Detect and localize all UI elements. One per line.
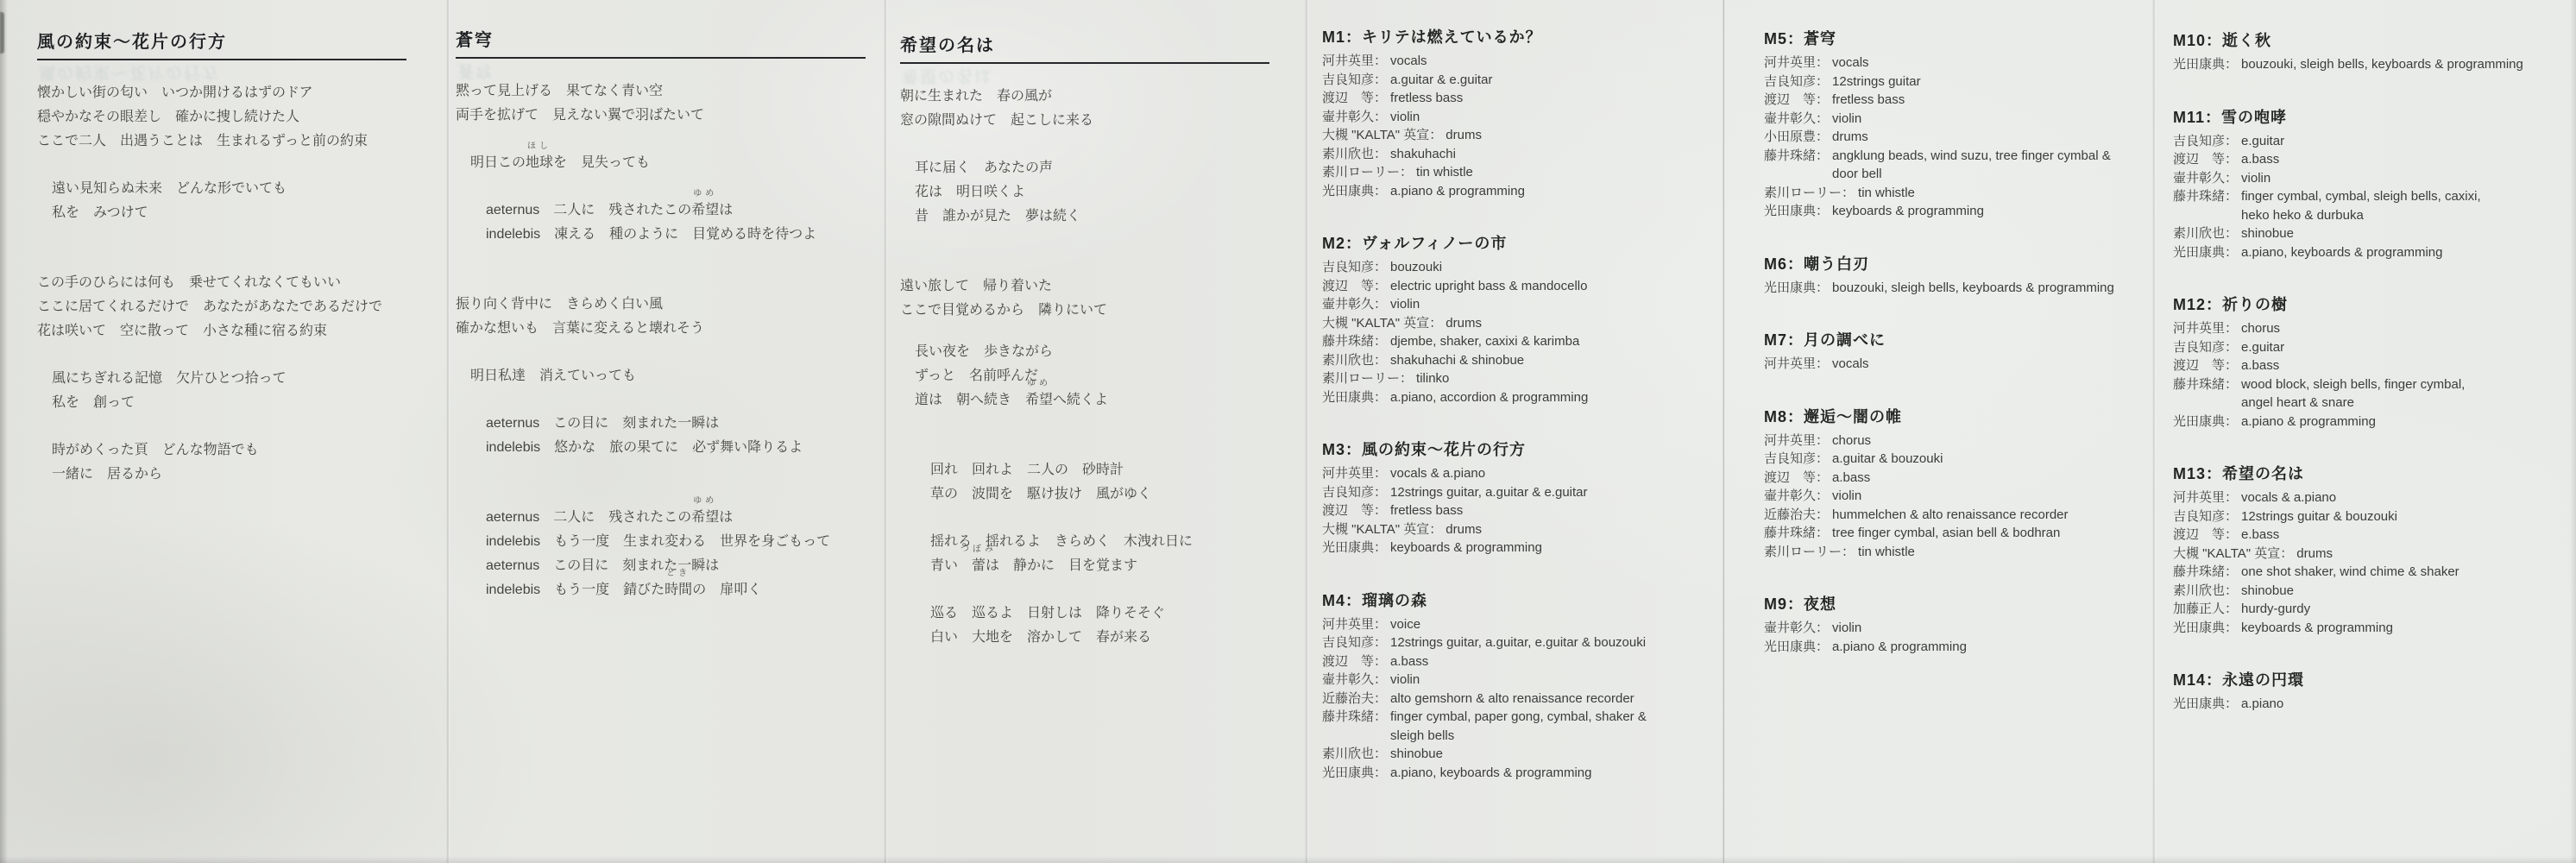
musician-role: violin	[1832, 619, 2154, 638]
credit-row: 光田康典：keyboards & programming	[1764, 202, 2154, 221]
musician-name: 河井英里	[1322, 615, 1374, 634]
musician-name: 光田康典	[1322, 182, 1374, 201]
musician-name: 吉良知彦	[1322, 483, 1374, 502]
furigana-base: 希望ゆめ	[1025, 388, 1053, 413]
musician-name: 素川ローリー	[1764, 184, 1842, 203]
separator: ：	[1374, 89, 1387, 108]
track-title: M4：瑠璃の森	[1322, 589, 1726, 612]
musician-name: 河井英里	[1322, 464, 1374, 483]
credit-row: 河井英里：chorus	[1764, 431, 2154, 450]
separator: ：	[2206, 32, 2222, 49]
credit-row: 渡辺 等：fretless bass	[1322, 501, 1726, 520]
track-credit-block: M14：永遠の円環光田康典：a.piano	[2173, 669, 2563, 714]
musician-role: bouzouki, sleigh bells, keyboards & prog…	[2241, 55, 2563, 74]
lyric-line: 耳に届く あなたの声	[915, 156, 1269, 180]
credit-row: 光田康典：a.piano, keyboards & programming	[1322, 764, 1726, 783]
lyric-stanza: 振り向く背中に きらめく白い風確かな想いも 言葉に変えると壊れそう	[456, 293, 866, 341]
musician-role: shinobue	[2241, 582, 2563, 601]
musician-role: vocals & a.piano	[2241, 488, 2563, 507]
credit-row: 河井英里：vocals	[1764, 54, 2154, 72]
separator: ：	[1374, 71, 1387, 90]
lyric-title-wrap: 希望の名は希望の名は	[900, 35, 1269, 64]
musician-name: 藤井珠緒	[2173, 563, 2225, 582]
track-name: 祈りの樹	[2222, 296, 2288, 313]
musician-name: 壷井彰久	[1764, 487, 1816, 506]
musician-role: a.piano	[2241, 695, 2563, 714]
musician-name: 壷井彰久	[1764, 619, 1816, 638]
credit-row: 近藤治夫：alto gemshorn & alto renaissance re…	[1322, 690, 1726, 709]
musician-name: 藤井珠緒	[2173, 375, 2225, 394]
musician-name: 藤井珠緒	[1322, 332, 1374, 351]
furigana-text: ゆめ	[693, 497, 717, 506]
track-number: M8	[1764, 408, 1787, 425]
lyric-stanza: aeternus 二人に 残されたこの希望ゆめはindelebis もう一度 生…	[486, 506, 866, 602]
furigana-base: 地球ほし	[526, 151, 553, 175]
separator: ：	[1842, 543, 1855, 562]
credits-column: M5：蒼穹河井英里：vocals吉良知彦：12strings guitar渡辺 …	[1764, 28, 2154, 688]
credit-row: 渡辺 等：fretless bass	[1764, 91, 2154, 110]
credit-row: 吉良知彦：12strings guitar & bouzouki	[2173, 507, 2563, 526]
musician-name: 光田康典	[1764, 638, 1816, 657]
lyric-line: 風にちぎれる記憶 欠片ひとつ拾って	[52, 367, 406, 391]
musician-role: tilinko	[1416, 369, 1726, 388]
lyric-line: 花は咲いて 空に散って 小さな種に宿る約束	[37, 319, 406, 343]
musician-name: 吉良知彦	[1764, 72, 1816, 91]
song-title: 希望の名は	[900, 35, 1269, 57]
separator: ：	[1816, 487, 1829, 506]
musician-name: 小田原豊	[1764, 128, 1816, 147]
lyric-stanza: 明日私達 消えていっても	[470, 364, 866, 388]
lyric-stanza: 黙って見上げる 果てなく青い空両手を拡げて 見えない翼で羽ばたいて	[456, 79, 866, 128]
lyric-line: ここに居てくれるだけで あなたがあなたであるだけで	[37, 295, 406, 319]
separator: ：	[2225, 187, 2238, 206]
musician-name: 素川欣也	[2173, 224, 2225, 243]
separator: ：	[1429, 126, 1442, 145]
musician-name: 藤井珠緒	[1764, 524, 1816, 543]
track-title: M2：ヴォルフィノーの市	[1322, 232, 1726, 255]
musician-name: 近藤治夫	[1764, 506, 1816, 525]
musician-name: 加藤正人	[2173, 600, 2225, 619]
lyric-stanza: aeternus この目に 刻まれた一瞬はindelebis 悠かな 旅の果てに…	[486, 412, 866, 460]
credit-row: 素川ローリー：tin whistle	[1322, 163, 1726, 182]
separator: ：	[1816, 72, 1829, 91]
track-credit-block: M5：蒼穹河井英里：vocals吉良知彦：12strings guitar渡辺 …	[1764, 28, 2154, 221]
credit-row: 壷井彰久：violin	[2173, 169, 2563, 188]
credit-row: 光田康典：bouzouki, sleigh bells, keyboards &…	[1764, 279, 2154, 298]
lyric-line: indelebis 悠かな 旅の果てに 必ず舞い降りるよ	[486, 436, 866, 460]
musician-role: drums	[2296, 545, 2563, 564]
musician-name: 光田康典	[2173, 55, 2225, 74]
musician-name: 藤井珠緒	[1322, 708, 1374, 727]
track-number: M2	[1322, 235, 1345, 252]
musician-role: violin	[1390, 671, 1726, 690]
track-credit-block: M11：雪の咆哮吉良知彦：e.guitar渡辺 等：a.bass壷井彰久：vio…	[2173, 106, 2563, 262]
credit-row: 吉良知彦：bouzouki	[1322, 258, 1726, 277]
separator: ：	[1816, 619, 1829, 638]
scan-edge-shadow	[0, 856, 2576, 863]
separator: ：	[1374, 501, 1387, 520]
lyric-stanza: 懐かしい街の匂い いつか開けるはずのドア穏やかなその眼差し 確かに捜し続けた人こ…	[37, 81, 406, 154]
musician-role: bouzouki, sleigh bells, keyboards & prog…	[1832, 279, 2154, 298]
separator: ：	[2225, 375, 2238, 394]
scan-edge-shadow	[0, 0, 8, 863]
separator: ：	[2225, 413, 2238, 431]
separator: ：	[2225, 55, 2238, 74]
lyric-line: 確かな想いも 言葉に変えると壊れそう	[456, 317, 866, 341]
furigana-base: 希望ゆめ	[691, 198, 719, 223]
musician-role: angklung beads, wind suzu, tree finger c…	[1832, 147, 2154, 184]
scan-corner-mark	[0, 12, 4, 54]
credit-row: 素川欣也：shinobue	[2173, 224, 2563, 243]
musician-role: keyboards & programming	[2241, 619, 2563, 638]
credit-row: 吉良知彦：e.guitar	[2173, 338, 2563, 357]
credit-row: 藤井珠緒：finger cymbal, cymbal, sleigh bells…	[2173, 187, 2563, 224]
separator: ：	[1787, 255, 1804, 273]
credit-row: 大槻 "KALTA" 英宣：drums	[1322, 314, 1726, 333]
separator: ：	[1374, 483, 1387, 502]
separator: ：	[1816, 450, 1829, 469]
track-credit-block: M9：夜想壷井彰久：violin光田康典：a.piano & programmi…	[1764, 593, 2154, 656]
credit-row: 壷井彰久：violin	[1764, 619, 2154, 638]
lyric-line: 穏やかなその眼差し 確かに捜し続けた人	[37, 105, 406, 129]
fold-crease	[884, 0, 888, 863]
musician-role: drums	[1445, 126, 1726, 145]
musician-name: 渡辺 等	[2173, 150, 2225, 169]
track-name: 嘲う白刃	[1804, 255, 1869, 273]
lyric-line: 昔 誰かが見た 夢は続く	[915, 205, 1269, 229]
separator: ：	[1816, 506, 1829, 525]
musician-role: shinobue	[2241, 224, 2563, 243]
lyric-line: 明日私達 消えていっても	[470, 364, 866, 388]
separator: ：	[1787, 595, 1804, 613]
separator: ：	[1816, 110, 1829, 129]
track-name: 雪の咆哮	[2221, 109, 2287, 126]
credit-row: 壷井彰久：violin	[1322, 671, 1726, 690]
credit-row: 河井英里：voice	[1322, 615, 1726, 634]
track-number: M3	[1322, 441, 1345, 458]
musician-role: a.bass	[1832, 469, 2154, 488]
separator: ：	[2225, 356, 2238, 375]
musician-name: 河井英里	[2173, 488, 2225, 507]
lyric-stanza: 時がめくった頁 どんな物語でも一緒に 居るから	[52, 438, 406, 487]
track-number: M4	[1322, 592, 1345, 609]
separator: ：	[1816, 128, 1829, 147]
musician-name: 吉良知彦	[1322, 633, 1374, 652]
credit-row: 光田康典：a.piano, keyboards & programming	[2173, 243, 2563, 262]
track-credit-block: M10：逝く秋光田康典：bouzouki, sleigh bells, keyb…	[2173, 29, 2563, 74]
lyric-stanza: aeternus 二人に 残されたこの希望ゆめはindelebis 凍える 種の…	[486, 198, 866, 247]
track-name: 蒼穹	[1804, 30, 1836, 47]
track-name: 邂逅〜闇の帷	[1804, 408, 1902, 425]
furigana-text: つぼみ	[960, 545, 997, 554]
separator: ：	[1374, 277, 1387, 296]
musician-role: 12strings guitar, a.guitar & e.guitar	[1390, 483, 1726, 502]
musician-role: one shot shaker, wind chime & shaker	[2241, 563, 2563, 582]
musician-name: 近藤治夫	[1322, 690, 1374, 709]
separator: ：	[2206, 671, 2222, 689]
separator: ：	[2225, 619, 2238, 638]
musician-role: e.guitar	[2241, 338, 2563, 357]
track-number: M1	[1322, 28, 1345, 46]
credit-row: 藤井珠緒：angklung beads, wind suzu, tree fin…	[1764, 147, 2154, 184]
lyric-line: 回れ 回れよ 二人の 砂時計	[930, 458, 1269, 482]
credit-row: 渡辺 等：electric upright bass & mandocello	[1322, 277, 1726, 296]
separator: ：	[2225, 600, 2238, 619]
credit-row: 素川欣也：shakuhachi & shinobue	[1322, 351, 1726, 370]
lyric-line: indelebis もう一度 錆びた時間ときの 扉叩く	[486, 578, 866, 602]
separator: ：	[1816, 524, 1829, 543]
musician-role: shakuhachi & shinobue	[1390, 351, 1726, 370]
musician-role: tree finger cymbal, asian bell & bodhran	[1832, 524, 2154, 543]
track-title: M14：永遠の円環	[2173, 669, 2563, 691]
lyric-stanza: 耳に届く あなたの声花は 明日咲くよ昔 誰かが見た 夢は続く	[915, 156, 1269, 229]
track-name: 月の調べに	[1804, 331, 1886, 349]
musician-name: 渡辺 等	[2173, 526, 2225, 545]
separator: ：	[1374, 464, 1387, 483]
credit-row: 加藤正人：hurdy-gurdy	[2173, 600, 2563, 619]
credit-row: 藤井珠緒：finger cymbal, paper gong, cymbal, …	[1322, 708, 1726, 745]
lyric-line: 一緒に 居るから	[52, 463, 406, 487]
credit-row: 藤井珠緒：tree finger cymbal, asian bell & bo…	[1764, 524, 2154, 543]
separator: ：	[1816, 279, 1829, 298]
track-title: M8：邂逅〜闇の帷	[1764, 406, 2154, 428]
furigana-base: 蕾つぼみ	[972, 554, 986, 578]
lyric-title-wrap: 蒼穹蒼穹	[456, 29, 866, 59]
track-number: M9	[1764, 595, 1787, 613]
musician-role: violin	[1832, 487, 2154, 506]
musician-role: alto gemshorn & alto renaissance recorde…	[1390, 690, 1726, 709]
credit-row: 素川欣也：shinobue	[1322, 745, 1726, 764]
cd-booklet-credits-page: { "separator": "：", "lyrics_panels": [ {…	[0, 0, 2576, 863]
musician-role: fretless bass	[1390, 89, 1726, 108]
musician-role: a.piano & programming	[1832, 638, 2154, 657]
musician-role: bouzouki	[1390, 258, 1726, 277]
musician-name: 吉良知彦	[1322, 71, 1374, 90]
track-number: M12	[2173, 296, 2206, 313]
musician-name: 渡辺 等	[1322, 277, 1374, 296]
musician-name: 渡辺 等	[2173, 356, 2225, 375]
musician-role: a.piano, keyboards & programming	[1390, 764, 1726, 783]
separator: ：	[1345, 441, 1362, 458]
musician-name: 壷井彰久	[1322, 671, 1374, 690]
track-credit-block: M6：嘲う白刃光田康典：bouzouki, sleigh bells, keyb…	[1764, 253, 2154, 298]
lyric-line: 遠い見知らぬ未来 どんな形でいても	[52, 177, 406, 201]
song-title: 風の約束〜花片の行方	[37, 31, 406, 54]
lyric-stanza: この手のひらには何も 乗せてくれなくてもいいここに居てくれるだけで あなたがあな…	[37, 271, 406, 343]
separator: ：	[2225, 582, 2238, 601]
musician-role: e.bass	[2241, 526, 2563, 545]
lyric-line: 私を 創って	[52, 391, 406, 415]
separator: ：	[1345, 235, 1362, 252]
separator: ：	[1429, 314, 1442, 333]
musician-role: 12strings guitar	[1832, 72, 2154, 91]
musician-role: electric upright bass & mandocello	[1390, 277, 1726, 296]
separator: ：	[1345, 592, 1362, 609]
musician-name: 光田康典	[1322, 539, 1374, 557]
track-title: M5：蒼穹	[1764, 28, 2154, 50]
musician-name: 素川欣也	[1322, 145, 1374, 164]
musician-role: a.bass	[1390, 652, 1726, 671]
separator: ：	[1842, 184, 1855, 203]
credit-row: 藤井珠緒：one shot shaker, wind chime & shake…	[2173, 563, 2563, 582]
fold-crease	[1305, 0, 1309, 863]
credit-row: 大槻 "KALTA" 英宣：drums	[2173, 545, 2563, 564]
musician-name: 吉良知彦	[2173, 132, 2225, 151]
musician-role: 12strings guitar & bouzouki	[2241, 507, 2563, 526]
musician-role: violin	[1390, 108, 1726, 127]
lyric-line: ここで二人 出遇うことは 生まれるずっと前の約束	[37, 129, 406, 154]
separator: ：	[1787, 408, 1804, 425]
musician-name: 吉良知彦	[1764, 450, 1816, 469]
separator: ：	[2225, 488, 2238, 507]
track-name: 永遠の円環	[2222, 671, 2304, 689]
musician-name: 吉良知彦	[1322, 258, 1374, 277]
separator: ：	[1374, 764, 1387, 783]
lyric-line: 私を みつけて	[52, 201, 406, 225]
credit-row: 小田原豊：drums	[1764, 128, 2154, 147]
track-title: M3：風の約束〜花片の行方	[1322, 438, 1726, 461]
track-credit-block: M1：キリテは燃えているか？河井英里：vocals吉良知彦：a.guitar &…	[1322, 26, 1726, 200]
track-title: M11：雪の咆哮	[2173, 106, 2563, 129]
credit-row: 渡辺 等：a.bass	[2173, 150, 2563, 169]
track-credit-block: M7：月の調べに河井英里：vocals	[1764, 329, 2154, 374]
separator: ：	[1374, 351, 1387, 370]
track-credit-block: M3：風の約束〜花片の行方河井英里：vocals & a.piano吉良知彦：1…	[1322, 438, 1726, 557]
credit-row: 渡辺 等：fretless bass	[1322, 89, 1726, 108]
musician-role: a.piano & programming	[1390, 182, 1726, 201]
lyric-line: 遠い旅して 帰り着いた	[900, 274, 1269, 299]
lyric-line: 窓の隙間ぬけて 起こしに来る	[900, 109, 1269, 133]
separator: ：	[2225, 319, 2238, 338]
separator: ：	[2225, 224, 2238, 243]
musician-role: violin	[1390, 295, 1726, 314]
musician-role: finger cymbal, cymbal, sleigh bells, cax…	[2241, 187, 2563, 224]
track-number: M6	[1764, 255, 1787, 273]
separator: ：	[1787, 331, 1804, 349]
musician-name: 河井英里	[1764, 431, 1816, 450]
track-name: 瑠璃の森	[1362, 592, 1427, 609]
musician-name: 素川欣也	[1322, 745, 1374, 764]
musician-role: violin	[2241, 169, 2563, 188]
credit-row: 河井英里：vocals	[1322, 52, 1726, 71]
musician-name: 大槻 "KALTA" 英宣	[1322, 520, 1429, 539]
musician-role: wood block, sleigh bells, finger cymbal,…	[2241, 375, 2563, 413]
credit-row: 吉良知彦：12strings guitar, a.guitar & e.guit…	[1322, 483, 1726, 502]
musician-role: keyboards & programming	[1390, 539, 1726, 557]
track-title: M13：希望の名は	[2173, 463, 2563, 485]
credit-row: 河井英里：vocals & a.piano	[1322, 464, 1726, 483]
track-credit-block: M13：希望の名は河井英里：vocals & a.piano吉良知彦：12str…	[2173, 463, 2563, 637]
furigana-text: ほし	[527, 142, 551, 151]
lyric-line: この手のひらには何も 乗せてくれなくてもいい	[37, 271, 406, 295]
credit-row: 吉良知彦：12strings guitar	[1764, 72, 2154, 91]
separator: ：	[1374, 388, 1387, 407]
separator: ：	[2225, 132, 2238, 151]
track-number: M10	[2173, 32, 2206, 49]
musician-name: 光田康典	[2173, 619, 2225, 638]
track-name: 風の約束〜花片の行方	[1362, 441, 1526, 458]
track-name: 希望の名は	[2222, 465, 2304, 482]
musician-name: 渡辺 等	[1322, 652, 1374, 671]
scan-edge-shadow	[2570, 0, 2576, 863]
musician-role: tin whistle	[1416, 163, 1726, 182]
separator: ：	[2225, 338, 2238, 357]
musician-role: tin whistle	[1858, 543, 2154, 562]
musician-role: vocals	[1832, 54, 2154, 72]
musician-role: voice	[1390, 615, 1726, 634]
musician-role: 12strings guitar, a.guitar, e.guitar & b…	[1390, 633, 1726, 652]
credit-row: 素川ローリー：tin whistle	[1764, 543, 2154, 562]
track-number: M13	[2173, 465, 2206, 482]
credit-row: 吉良知彦：a.guitar & bouzouki	[1764, 450, 2154, 469]
credit-row: 渡辺 等：a.bass	[1764, 469, 2154, 488]
lyric-line: 懐かしい街の匂い いつか開けるはずのドア	[37, 81, 406, 105]
credit-row: 光田康典：a.piano & programming	[1322, 182, 1726, 201]
musician-role: a.bass	[2241, 356, 2563, 375]
fold-crease	[446, 0, 450, 863]
lyric-line: 明日この地球ほしを 見失っても	[470, 151, 866, 175]
lyric-line: 白い 大地を 溶かして 春が来る	[930, 626, 1269, 650]
separator: ：	[1345, 28, 1362, 46]
lyric-line: 黙って見上げる 果てなく青い空	[456, 79, 866, 104]
lyric-line: 青い 蕾つぼみは 静かに 目を覚ます	[930, 554, 1269, 578]
separator: ：	[1816, 469, 1829, 488]
separator: ：	[1374, 690, 1387, 709]
track-number: M14	[2173, 671, 2206, 689]
separator: ：	[1429, 520, 1442, 539]
musician-role: a.guitar & bouzouki	[1832, 450, 2154, 469]
lyric-line: ずっと 名前呼んだ	[915, 364, 1269, 388]
credit-row: 渡辺 等：a.bass	[2173, 356, 2563, 375]
separator: ：	[2225, 526, 2238, 545]
credit-row: 素川欣也：shakuhachi	[1322, 145, 1726, 164]
musician-name: 藤井珠緒	[1764, 147, 1816, 166]
lyric-stanza: 長い夜を 歩きながらずっと 名前呼んだ道は 朝へ続き 希望ゆめへ続くよ	[915, 340, 1269, 413]
track-name: キリテは燃えているか？	[1362, 28, 1542, 46]
separator: ：	[1374, 745, 1387, 764]
lyric-stanza: 揺れる 揺れるよ きらめく 木洩れ日に青い 蕾つぼみは 静かに 目を覚ます	[930, 530, 1269, 578]
separator: ：	[2225, 563, 2238, 582]
musician-name: 壷井彰久	[1322, 108, 1374, 127]
musician-name: 光田康典	[1764, 202, 1816, 221]
furigana-text: ゆめ	[693, 190, 717, 198]
credits-column: M10：逝く秋光田康典：bouzouki, sleigh bells, keyb…	[2173, 29, 2563, 746]
credit-row: 河井英里：vocals & a.piano	[2173, 488, 2563, 507]
furigana-base: 希望ゆめ	[691, 506, 719, 530]
lyric-stanza: 朝に生まれた 春の風が窓の隙間ぬけて 起こしに来る	[900, 85, 1269, 133]
musician-name: 大槻 "KALTA" 英宣	[1322, 126, 1429, 145]
track-name: 逝く秋	[2222, 32, 2271, 49]
lyric-line: 長い夜を 歩きながら	[915, 340, 1269, 364]
lyric-line: aeternus 二人に 残されたこの希望ゆめは	[486, 506, 866, 530]
credit-row: 素川欣也：shinobue	[2173, 582, 2563, 601]
musician-name: 壷井彰久	[1764, 110, 1816, 129]
credit-row: 河井英里：vocals	[1764, 355, 2154, 374]
lyric-stanza: 遠い旅して 帰り着いたここで目覚めるから 隣りにいて	[900, 274, 1269, 323]
separator: ：	[1816, 202, 1829, 221]
musician-name: 素川ローリー	[1764, 543, 1842, 562]
separator: ：	[1374, 108, 1387, 127]
track-credit-block: M2：ヴォルフィノーの市吉良知彦：bouzouki渡辺 等：electric u…	[1322, 232, 1726, 406]
track-name: 夜想	[1804, 595, 1836, 613]
separator: ：	[1816, 638, 1829, 657]
lyric-stanza: 風にちぎれる記憶 欠片ひとつ拾って私を 創って	[52, 367, 406, 415]
credit-row: 渡辺 等：a.bass	[1322, 652, 1726, 671]
lyric-stanza: 回れ 回れよ 二人の 砂時計草の 波間を 駆け抜け 風がゆく	[930, 458, 1269, 507]
credit-row: 渡辺 等：e.bass	[2173, 526, 2563, 545]
separator: ：	[1816, 91, 1829, 110]
credit-row: 壷井彰久：violin	[1322, 108, 1726, 127]
